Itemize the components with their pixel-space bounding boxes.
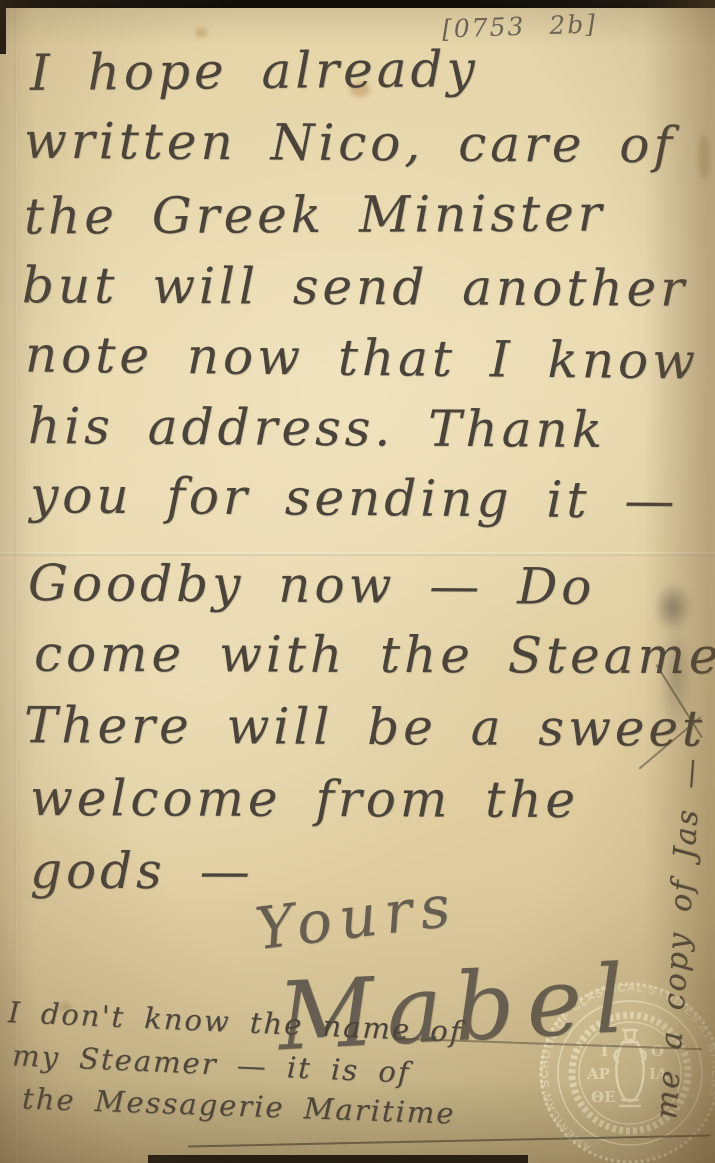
letter-line: gods — [30, 846, 254, 897]
letter-line: his address. Thank [28, 401, 606, 455]
letter-line: Goodby now — Do [28, 558, 596, 612]
scan-edge-top-left [0, 0, 6, 54]
letter-line: you for sending it — [30, 470, 679, 526]
scan-edge-bottom [148, 1155, 528, 1163]
letter-line: note now that I know [25, 329, 700, 386]
seal-letter: ΘΕ [591, 1088, 616, 1106]
letter-line: come with the Steamer [34, 629, 715, 682]
letter-line: welcome from the [30, 773, 579, 825]
letter-line: but will send another [22, 260, 688, 313]
seal-letter: ΑΡ [586, 1065, 610, 1083]
pencil-catalog-number: [0753 2b] [442, 11, 598, 41]
age-spot [196, 28, 207, 38]
letter-line: written Nico, care of [24, 116, 676, 171]
scan-edge-top [0, 0, 715, 8]
letter-line: the Greek Minister [24, 188, 606, 241]
letter-line: I hope already [30, 44, 479, 98]
scanned-letter-page: AMERICAN SCHOOL OF CLASSICAL STUDIES AT … [0, 0, 715, 1163]
letter-line: There will be a sweet [24, 700, 706, 754]
left-edge-crease [14, 0, 17, 1163]
age-spot [698, 135, 710, 179]
